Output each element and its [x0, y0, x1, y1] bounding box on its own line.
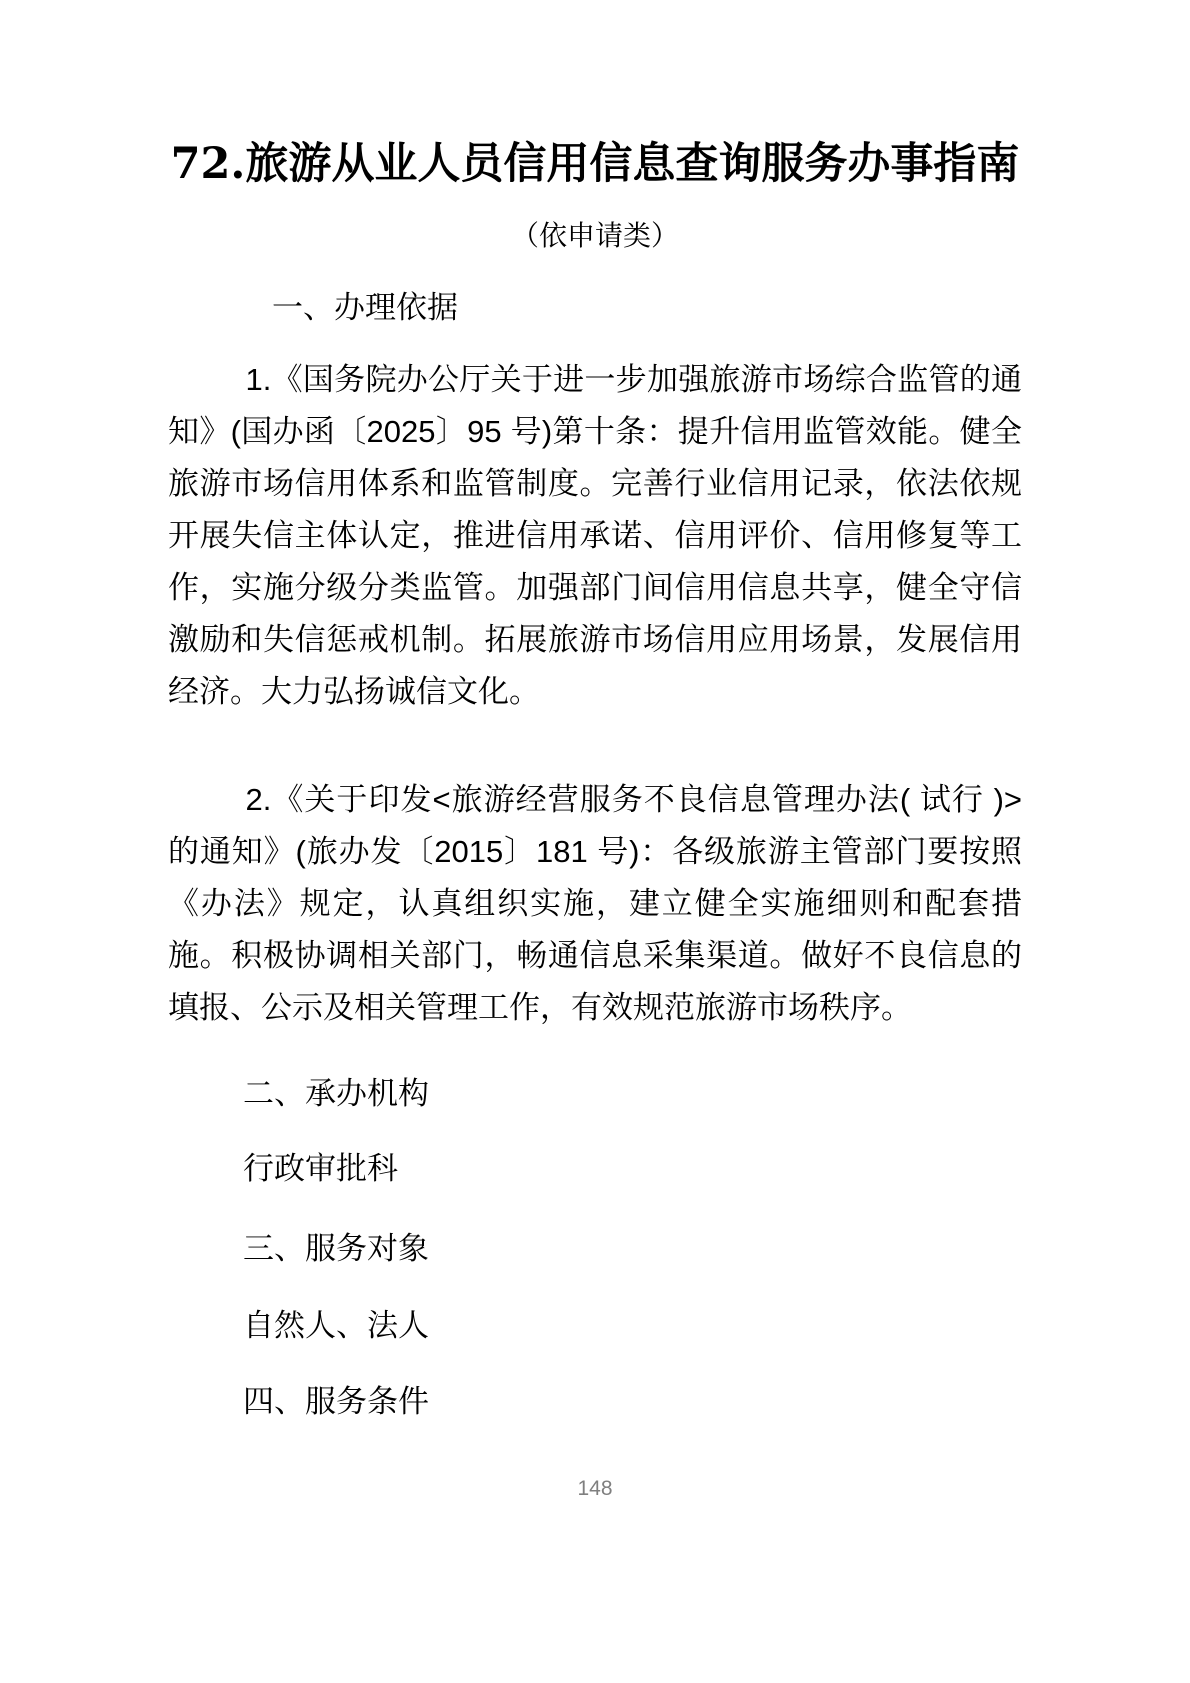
page-number: 148 — [0, 1476, 1190, 1502]
page-subtitle: （依申请类） — [168, 216, 1022, 256]
document-page: 72.旅游从业人员信用信息查询服务办事指南 （依申请类） 一、办理依据 1.《国… — [0, 0, 1190, 1683]
section-heading-agency: 二、承办机构 — [243, 1068, 1022, 1120]
section-body-agency: 行政审批科 — [243, 1143, 1022, 1195]
paragraph-legal-basis-1: 1.《国务院办公厅关于进一步加强旅游市场综合监管的通知》(国办函〔2025〕95… — [168, 354, 1022, 718]
section-heading-basis: 一、办理依据 — [272, 282, 1022, 334]
page-title: 72.旅游从业人员信用信息查询服务办事指南 — [168, 136, 1022, 192]
section-heading-service-target: 三、服务对象 — [243, 1223, 1022, 1275]
section-heading-service-conditions: 四、服务条件 — [243, 1376, 1022, 1428]
section-body-service-target: 自然人、法人 — [243, 1300, 1022, 1352]
paragraph-legal-basis-2: 2.《关于印发<旅游经营服务不良信息管理办法( 试行 )>的通知》(旅办发〔20… — [168, 774, 1022, 1034]
